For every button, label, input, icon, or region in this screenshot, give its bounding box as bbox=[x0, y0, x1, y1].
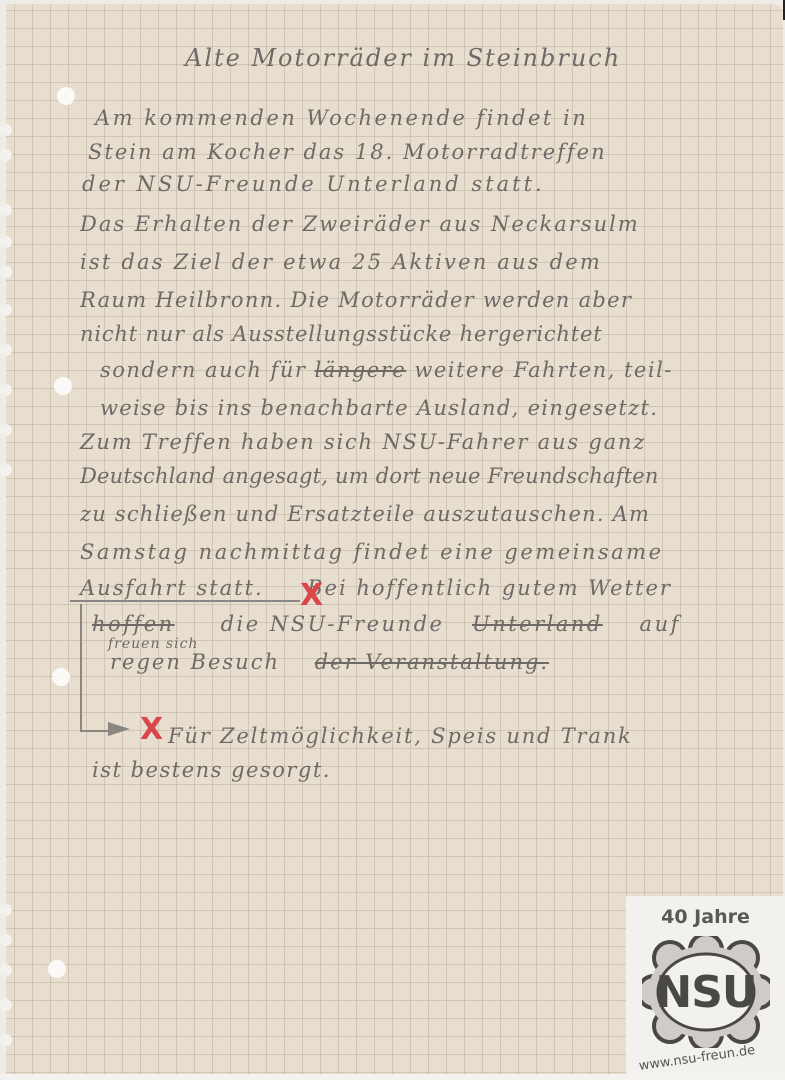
struck-word: hoffen bbox=[92, 612, 175, 636]
perforation bbox=[0, 204, 12, 216]
text-line: hoffen die NSU-Freunde Unterland auf bbox=[92, 612, 681, 636]
text-line: Am kommenden Wochenende findet in bbox=[95, 106, 588, 130]
text-line: Deutschland angesagt, um dort neue Freun… bbox=[80, 464, 659, 488]
nsu-logo: 40 Jahre NSU www.nsu-freun.de bbox=[626, 896, 785, 1080]
perforation bbox=[0, 344, 12, 356]
text-fragment: Ausfahrt statt. bbox=[80, 576, 264, 600]
text-fragment: weitere Fahrten, teil- bbox=[414, 358, 673, 382]
text-line: Ausfahrt statt. Bei hoffentlich gutem We… bbox=[80, 576, 672, 600]
text-line: Für Zeltmöglichkeit, Speis und Trank bbox=[168, 724, 633, 748]
text-line: Samstag nachmittag findet eine gemeinsam… bbox=[80, 540, 664, 564]
perforation bbox=[0, 236, 12, 248]
red-correction-mark: X bbox=[300, 578, 323, 613]
nsu-badge-icon: NSU bbox=[642, 936, 770, 1048]
text-line: nicht nur als Ausstellungsstücke hergeri… bbox=[80, 322, 602, 346]
struck-word: längere bbox=[315, 358, 407, 382]
underline-mark bbox=[70, 600, 300, 602]
text-line: Stein am Kocher das 18. Motorradtreffen bbox=[88, 140, 607, 164]
text-fragment: Bei hoffentlich gutem Wetter bbox=[307, 576, 672, 600]
punch-hole bbox=[54, 377, 72, 395]
perforation bbox=[0, 999, 12, 1011]
perforation bbox=[0, 424, 12, 436]
perforation bbox=[0, 124, 12, 136]
text-line: zu schließen und Ersatzteile auszutausch… bbox=[80, 502, 650, 526]
punch-hole bbox=[52, 668, 70, 686]
text-fragment: regen Besuch bbox=[110, 650, 280, 674]
red-correction-mark: X bbox=[140, 712, 163, 747]
scan-border bbox=[0, 1074, 785, 1080]
text-line: weise bis ins benachbarte Ausland, einge… bbox=[100, 396, 658, 420]
struck-word: der Veranstaltung. bbox=[315, 650, 549, 674]
insertion-bracket bbox=[80, 730, 110, 732]
perforation bbox=[0, 964, 12, 976]
perforation bbox=[0, 304, 12, 316]
text-line: regen Besuch der Veranstaltung. bbox=[110, 650, 549, 674]
text-line: ist bestens gesorgt. bbox=[92, 758, 331, 782]
punch-hole bbox=[48, 960, 66, 978]
text-fragment: auf bbox=[640, 612, 681, 636]
struck-word: Unterland bbox=[472, 612, 603, 636]
text-line: der NSU-Freunde Unterland statt. bbox=[82, 172, 545, 196]
perforation bbox=[0, 1034, 12, 1046]
text-line: ist das Ziel der etwa 25 Aktiven aus dem bbox=[80, 250, 602, 274]
insertion-bracket bbox=[80, 604, 82, 732]
perforation bbox=[0, 149, 12, 161]
perforation bbox=[0, 266, 12, 278]
text-fragment: die NSU-Freunde bbox=[221, 612, 445, 636]
logo-anniversary-text: 40 Jahre bbox=[626, 906, 785, 928]
text-fragment: sondern auch für bbox=[100, 358, 306, 382]
perforation bbox=[0, 934, 12, 946]
text-line: Das Erhalten der Zweiräder aus Neckarsul… bbox=[80, 212, 640, 236]
perforation bbox=[0, 384, 12, 396]
text-line: sondern auch für längere weitere Fahrten… bbox=[100, 358, 673, 382]
text-line: Raum Heilbronn. Die Motorräder werden ab… bbox=[80, 288, 632, 312]
perforation bbox=[0, 904, 12, 916]
punch-hole bbox=[57, 87, 75, 105]
perforation bbox=[0, 464, 12, 476]
insertion-arrow-icon bbox=[108, 722, 130, 736]
logo-badge-text: NSU bbox=[642, 936, 770, 1048]
document-title: Alte Motorräder im Steinbruch bbox=[185, 44, 621, 72]
text-line: Zum Treffen haben sich NSU-Fahrer aus ga… bbox=[80, 430, 646, 454]
